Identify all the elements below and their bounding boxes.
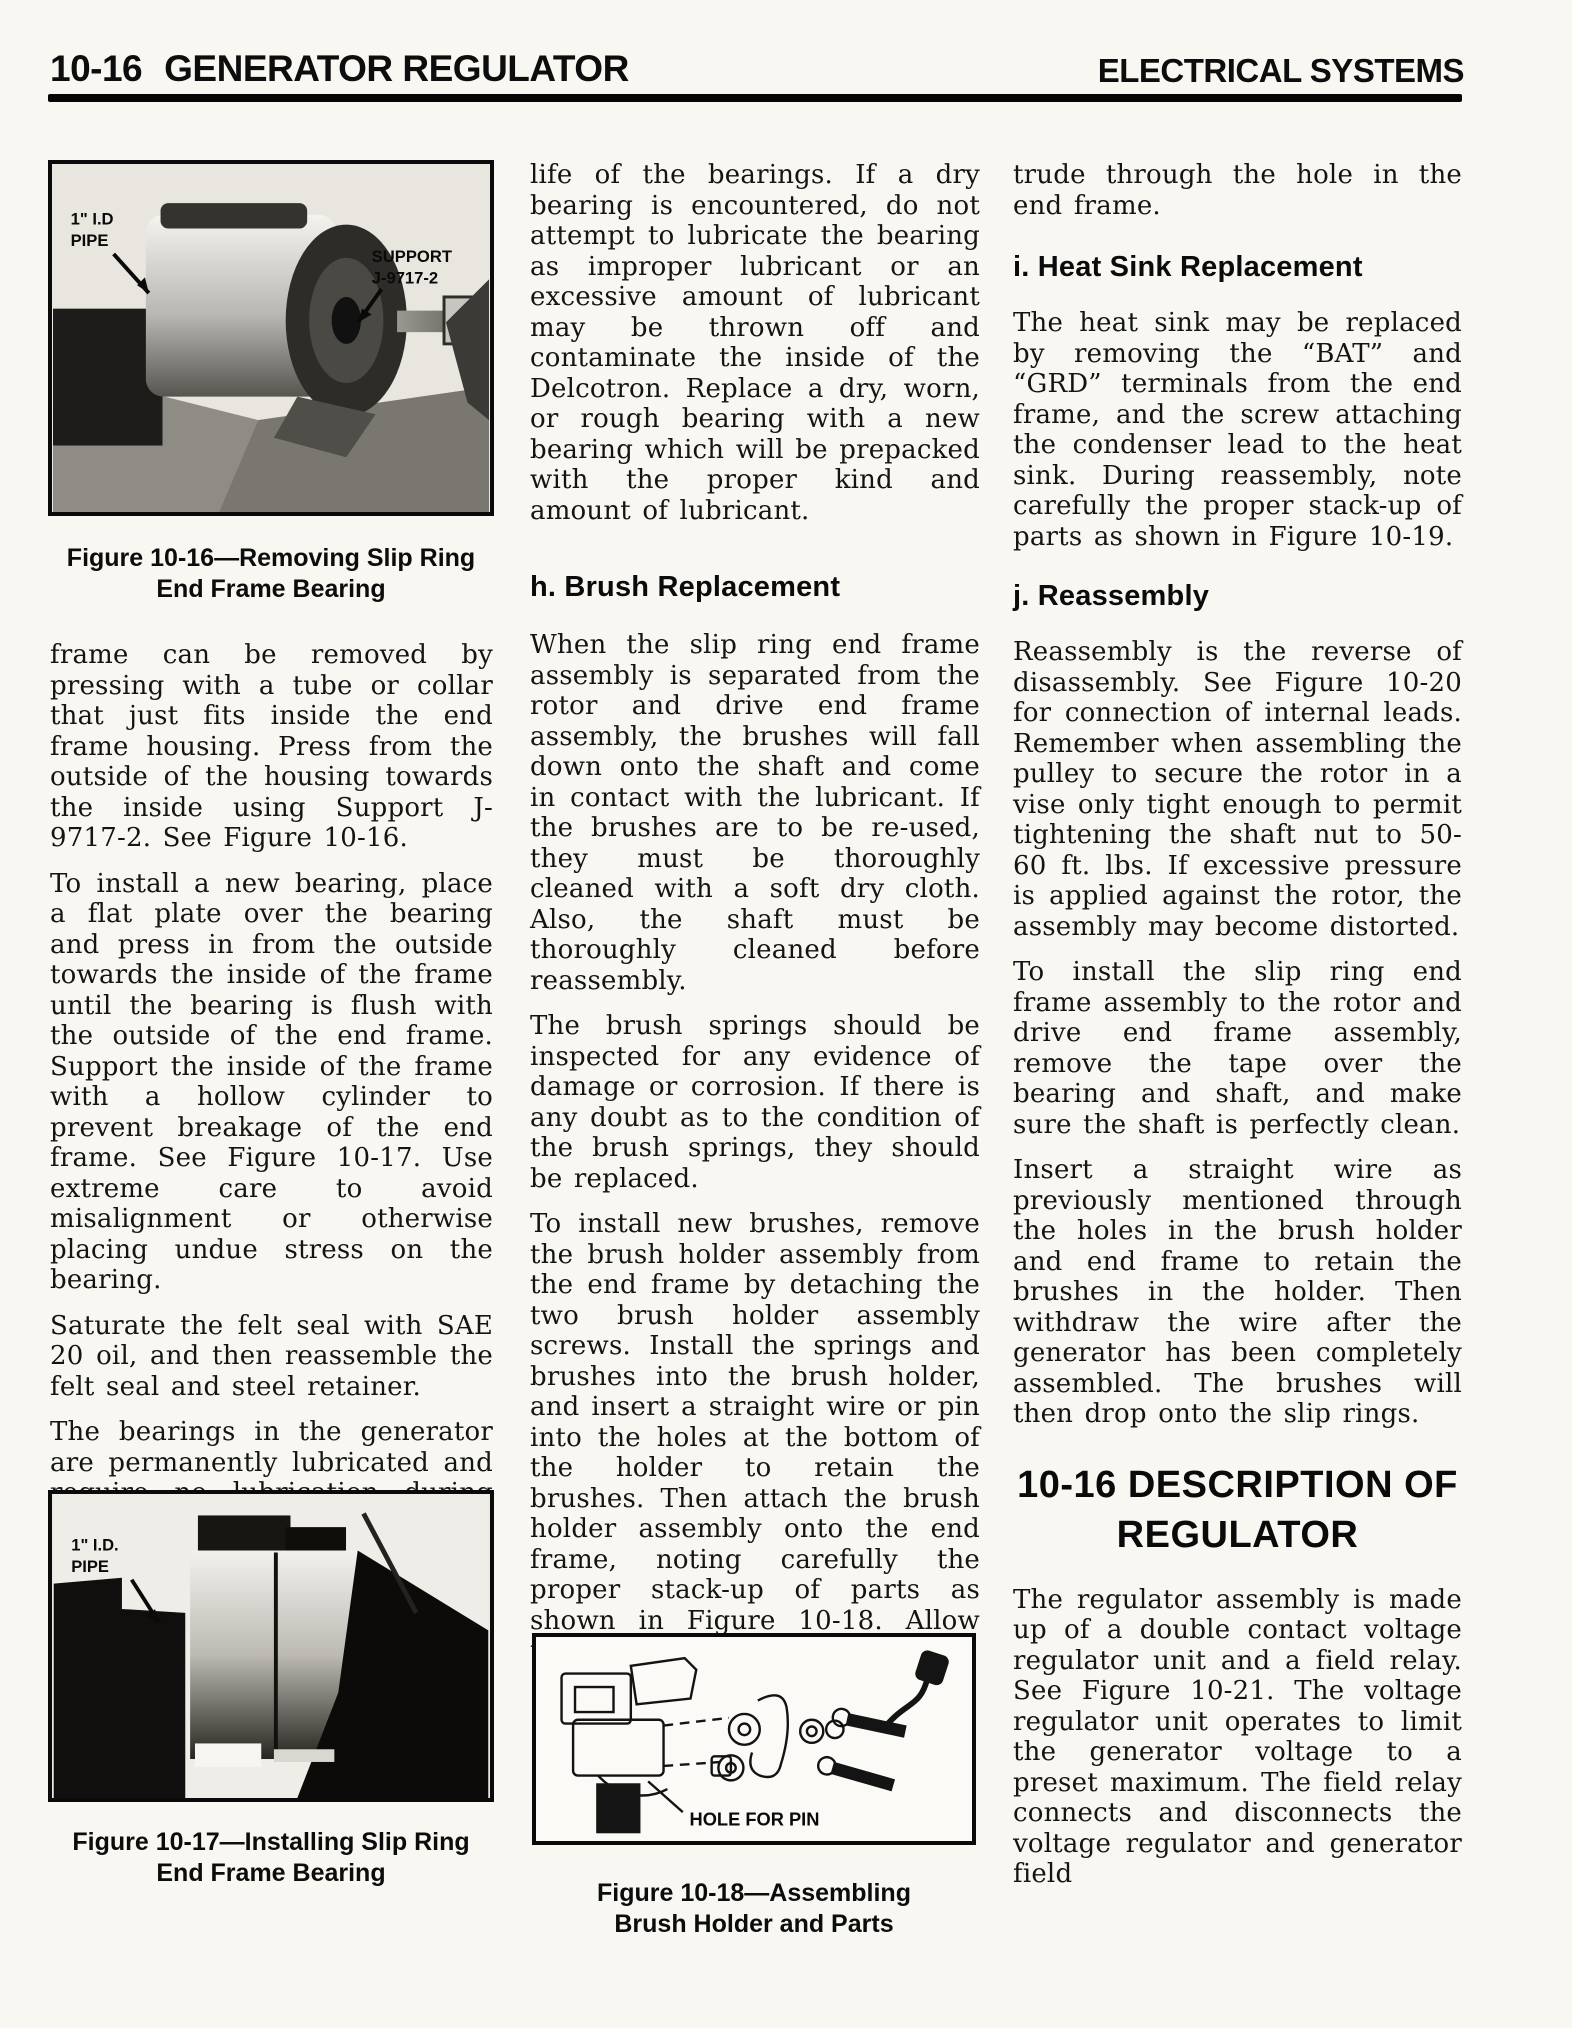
paragraph: life of the bearings. If a dry bearing i… <box>530 160 980 526</box>
figure-10-16-caption: Figure 10-16—Removing Slip Ring End Fram… <box>48 543 494 605</box>
figure-10-17-photo: 1" I.D. PIPE <box>52 1494 490 1798</box>
subsection-heading-brush-replacement: h. Brush Replacement <box>530 571 980 604</box>
paragraph: Saturate the felt seal with SAE 20 oil, … <box>50 1311 493 1403</box>
page-header-left: 10-16 GENERATOR REGULATOR <box>50 48 629 90</box>
paragraph: To install new brushes, remove the brush… <box>530 1209 980 1667</box>
page-title-left: GENERATOR REGULATOR <box>164 48 629 90</box>
figure-label-pipe-line1: 1" I.D. <box>71 1536 118 1555</box>
left-column: frame can be removed by pressing with a … <box>50 640 493 1554</box>
paragraph: trude through the hole in the end frame. <box>1013 160 1462 221</box>
subsection-heading-heat-sink: i. Heat Sink Replacement <box>1013 251 1462 284</box>
figure-label-hole-for-pin: HOLE FOR PIN <box>690 1809 820 1830</box>
paragraph: The heat sink may be replaced by removin… <box>1013 308 1462 552</box>
paragraph: The brush springs should be inspected fo… <box>530 1011 980 1194</box>
paragraph: frame can be removed by pressing with a … <box>50 640 493 854</box>
middle-column: life of the bearings. If a dry bearing i… <box>530 160 980 1682</box>
paragraph: When the slip ring end frame assembly is… <box>530 630 980 996</box>
page-title-right: ELECTRICAL SYSTEMS <box>1098 52 1464 90</box>
paragraph: The regulator assembly is made up of a d… <box>1013 1585 1462 1890</box>
figure-label-support-line2: J-9717-2 <box>372 268 439 287</box>
figure-label-pipe-line2: PIPE <box>71 1557 109 1576</box>
figure-10-18-drawing: HOLE FOR PIN <box>536 1637 972 1841</box>
page-number: 10-16 <box>50 48 142 90</box>
brush <box>596 1783 640 1833</box>
figure-label-pipe-line1: 1" I.D <box>71 210 114 229</box>
paragraph: Insert a straight wire as previously men… <box>1013 1155 1462 1430</box>
paragraph: To install a new bearing, place a flat p… <box>50 869 493 1296</box>
figure-10-17: 1" I.D. PIPE <box>48 1490 494 1802</box>
manual-page: 10-16 GENERATOR REGULATOR ELECTRICAL SYS… <box>0 0 1572 2028</box>
figure-10-17-caption: Figure 10-17—Installing Slip Ring End Fr… <box>48 1827 494 1889</box>
section-heading-description-of-regulator: 10-16 DESCRIPTION OF REGULATOR <box>1013 1460 1462 1560</box>
header-rule <box>48 94 1462 102</box>
right-column: trude through the hole in the end frame.… <box>1013 160 1462 1905</box>
paragraph: Reassembly is the reverse of disassembly… <box>1013 637 1462 942</box>
subsection-heading-reassembly: j. Reassembly <box>1013 580 1462 613</box>
figure-label-pipe-line2: PIPE <box>71 231 109 250</box>
paragraph: To install the slip ring end frame assem… <box>1013 957 1462 1140</box>
figure-10-16-photo: 1" I.D PIPE SUPPORT J-9717-2 <box>52 164 490 512</box>
figure-10-18: HOLE FOR PIN <box>532 1633 976 1845</box>
figure-10-18-caption: Figure 10-18—Assembling Brush Holder and… <box>532 1878 976 1940</box>
figure-10-16: 1" I.D PIPE SUPPORT J-9717-2 <box>48 160 494 516</box>
figure-label-support-line1: SUPPORT <box>372 247 452 266</box>
